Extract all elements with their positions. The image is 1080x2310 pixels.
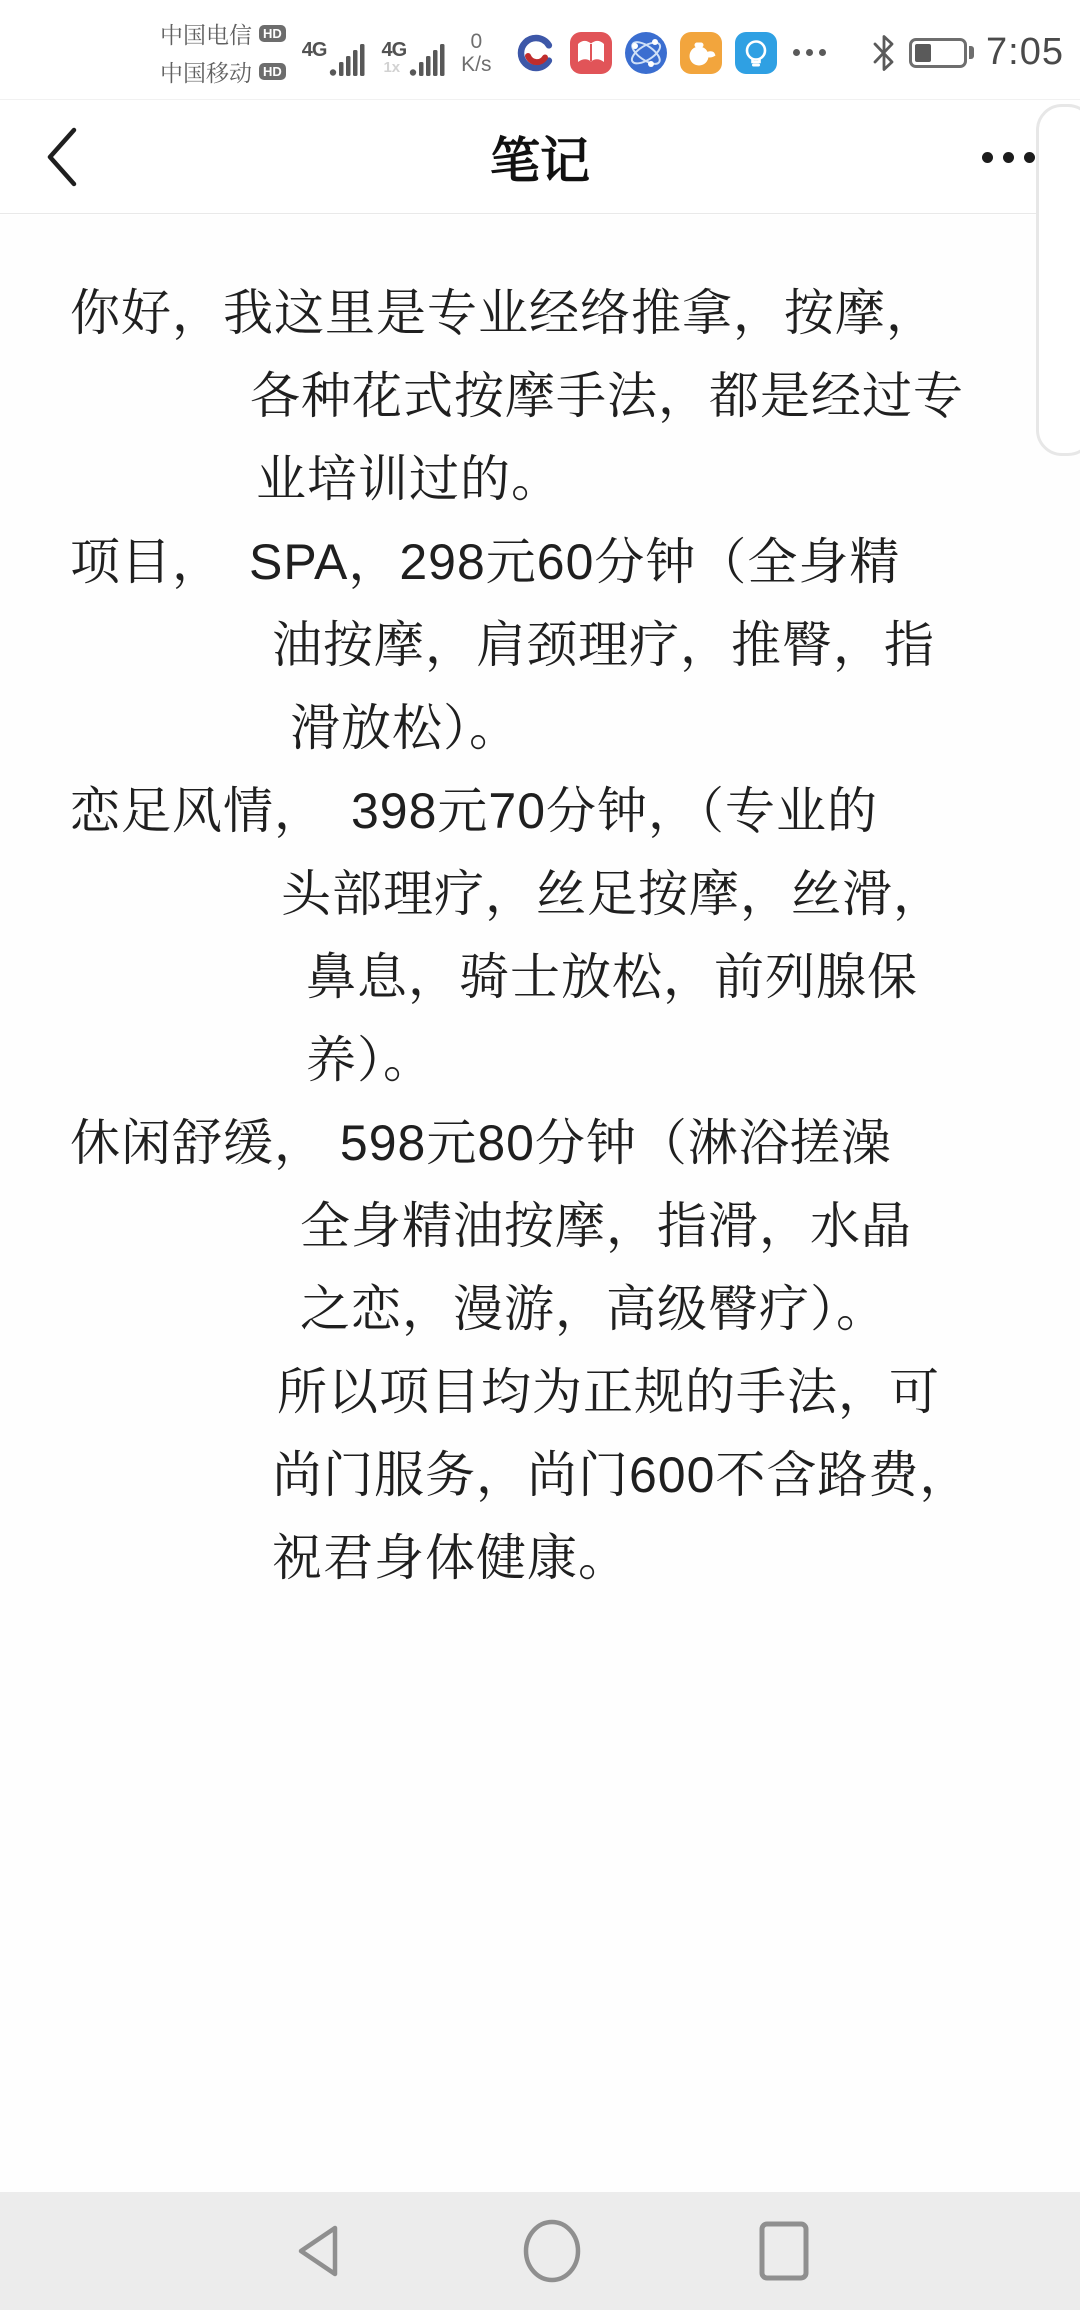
page-title: 笔记 [0,121,1080,193]
signal-bars-icon [409,44,447,76]
clock: 7:05 [986,31,1064,74]
back-button[interactable] [45,122,105,192]
hd-badge-1: HD [259,25,286,42]
carrier-block: 中国电信 HD 中国移动 HD [160,17,286,88]
note-line: 油按摩，肩颈理疗，推臀，指 [272,604,1080,687]
signal-bars-icon [329,44,367,76]
phone-screen: 中国电信 HD 中国移动 HD 4G 4G 1x [0,0,1080,2310]
sim1-network-label: 4G [302,39,327,62]
note-line: 恋足风情， 398元70分钟，（专业的 [70,770,1080,853]
note-line: 祝君身体健康。 [272,1517,1080,1600]
note-line: 养）。 [306,1019,1080,1102]
note-line: 休闲舒缓， 598元80分钟（淋浴搓澡 [70,1102,1080,1185]
ellipsis-icon [982,152,993,163]
note-line: 全身精油按摩，指滑，水晶 [300,1185,1080,1268]
sim1-signal: 4G [302,30,368,76]
notification-icons [514,31,826,75]
nav-back-button[interactable] [293,2222,341,2280]
chevron-left-icon [45,126,79,188]
note-line: 项目， SPA，298元60分钟（全身精 [70,521,1080,604]
note-line: 鼻息，骑士放松，前列腺保 [306,936,1080,1019]
status-bar: 中国电信 HD 中国移动 HD 4G 4G 1x [0,0,1080,100]
sim2-sub-label: 1x [383,59,400,76]
scrollbar-thumb[interactable] [1036,104,1080,456]
system-nav-bar [0,2192,1080,2310]
note-line: 头部理疗，丝足按摩，丝滑， [281,853,1080,936]
note-line: 所以项目均为正规的手法，可 [277,1351,1080,1434]
note-line: 尚门服务，尚门600不含路费， [272,1434,1080,1517]
note-line: 各种花式按摩手法，都是经过专 [250,355,1080,438]
note-line: 你好，我这里是专业经络推拿，按摩， [70,272,1080,355]
status-right: 7:05 [871,31,1064,74]
network-speed: 0 K/s [461,30,491,76]
nav-recents-button[interactable] [758,2220,810,2282]
lightbulb-icon [734,31,778,75]
speed-unit: K/s [461,53,491,76]
header-bar: 笔记 [0,101,1080,214]
carrier-line-1: 中国电信 HD [160,17,286,50]
globe-icon [624,31,668,75]
sim2-signal: 4G 1x [381,30,447,76]
bluetooth-icon [871,32,897,74]
more-menu-button[interactable] [982,132,1035,183]
note-content[interactable]: 你好，我这里是专业经络推拿，按摩， 各种花式按摩手法，都是经过专 业培训过的。 … [0,215,1080,2192]
carrier-1-name: 中国电信 [160,17,252,50]
speed-value: 0 [470,30,482,53]
battery-icon [909,38,974,68]
note-line: 滑放松）。 [290,687,1080,770]
more-notifications-icon [793,49,826,56]
note-line: 之恋，漫游，高级臀疗）。 [300,1268,1080,1351]
circle-logo-icon [514,31,558,75]
hd-badge-2: HD [259,63,286,80]
carrier-line-2: 中国移动 HD [160,55,286,88]
book-icon [569,31,613,75]
carrier-2-name: 中国移动 [160,55,252,88]
note-line: 业培训过的。 [256,438,1080,521]
teapot-icon [679,31,723,75]
nav-home-button[interactable] [522,2218,582,2284]
